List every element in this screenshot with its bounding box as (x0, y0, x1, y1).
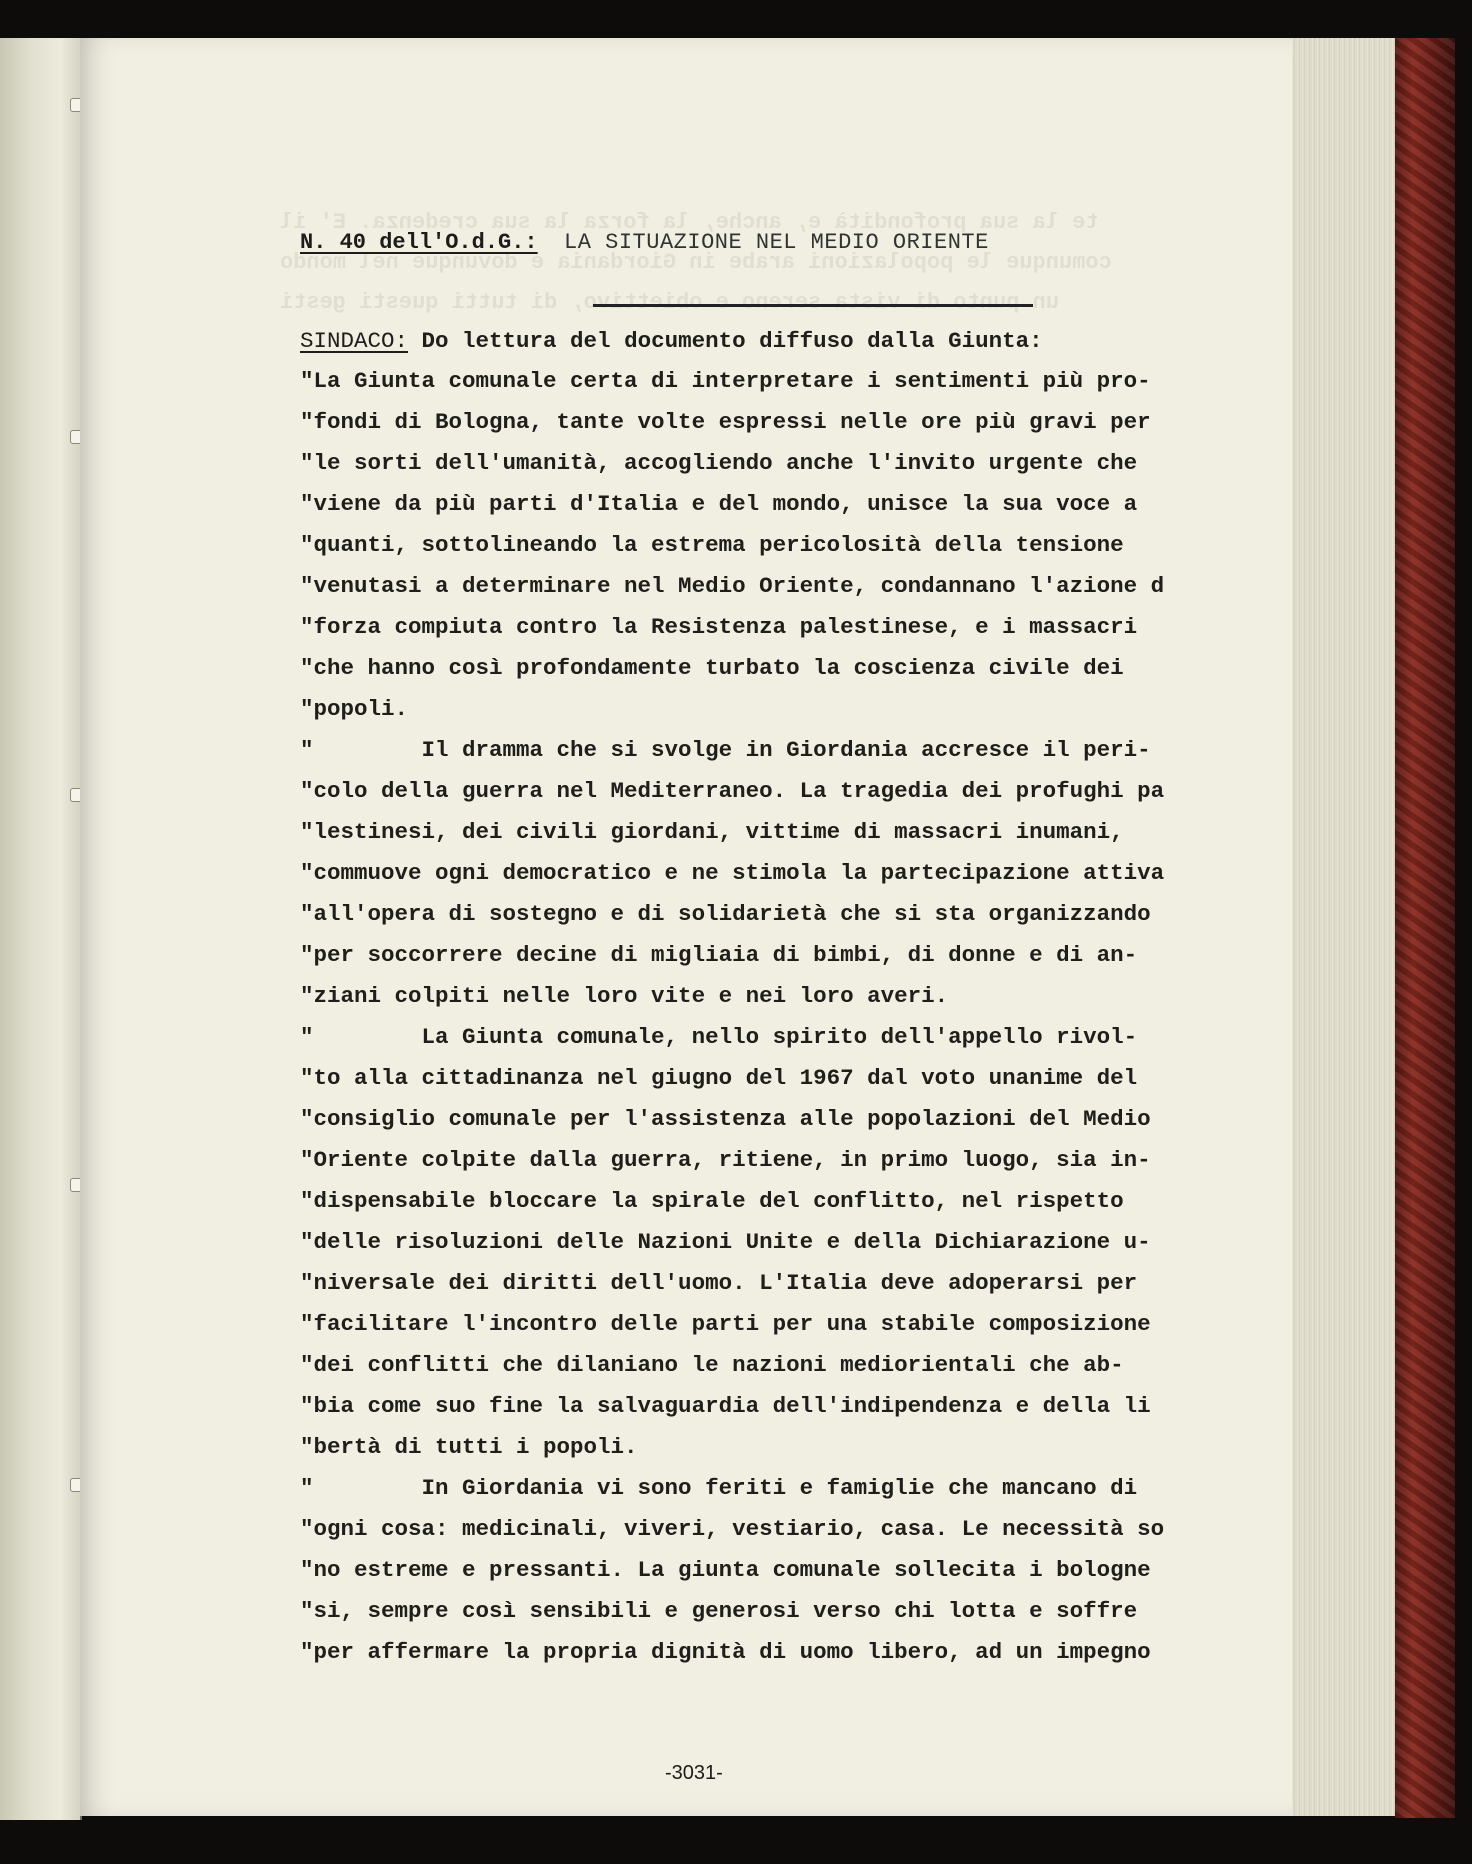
left-page-edge (0, 38, 82, 1820)
body-line: "no estreme e pressanti. La giunta comun… (300, 1557, 1151, 1583)
body-line: "facilitare l'incontro delle parti per u… (300, 1311, 1151, 1337)
show-through-text: un punto di vista sereno e obiettivo, di… (280, 290, 1059, 315)
agenda-reference: N. 40 dell'O.d.G.: (300, 230, 538, 255)
body-line: "bia come suo fine la salvaguardia dell'… (300, 1393, 1151, 1419)
page-block-edge (1290, 38, 1411, 1816)
body-line: "bertà di tutti i popoli. (300, 1434, 638, 1460)
body-line: "si, sempre così sensibili e generosi ve… (300, 1598, 1137, 1624)
body-line: "to alla cittadinanza nel giugno del 196… (300, 1065, 1137, 1091)
body-line: "popoli. (300, 696, 408, 722)
body-line: "le sorti dell'umanità, accogliendo anch… (300, 450, 1137, 476)
agenda-topic: LA SITUAZIONE NEL MEDIO ORIENTE (564, 230, 989, 255)
body-line: "consiglio comunale per l'assistenza all… (300, 1106, 1151, 1132)
body-line: "dispensabile bloccare la spirale del co… (300, 1188, 1124, 1214)
body-line: "quanti, sottolineando la estrema perico… (300, 532, 1124, 558)
page-number: -3031- (665, 1762, 723, 1785)
body-line: "che hanno così profondamente turbato la… (300, 655, 1124, 681)
body-line: "colo della guerra nel Mediterraneo. La … (300, 778, 1164, 804)
body-line: "ogni cosa: medicinali, viveri, vestiari… (300, 1516, 1164, 1542)
body-line: "per soccorrere decine di migliaia di bi… (300, 942, 1137, 968)
speaker-label: SINDACO: (300, 328, 408, 354)
scanned-book-spread: te la sua profondità e, anche, la forza … (0, 0, 1472, 1864)
book-cover-marbled (1395, 38, 1455, 1818)
heading-rule (593, 304, 1033, 307)
body-line: "ziani colpiti nelle loro vite e nei lor… (300, 983, 948, 1009)
body-line: SINDACO: Do lettura del documento diffus… (300, 328, 1043, 354)
body-line: "all'opera di sostegno e di solidarietà … (300, 901, 1151, 927)
body-line: " In Giordania vi sono feriti e famiglie… (300, 1475, 1137, 1501)
body-line: "dei conflitti che dilaniano le nazioni … (300, 1352, 1124, 1378)
body-line: "per affermare la propria dignità di uom… (300, 1639, 1151, 1665)
body-line: " Il dramma che si svolge in Giordania a… (300, 737, 1151, 763)
agenda-heading: N. 40 dell'O.d.G.: LA SITUAZIONE NEL MED… (300, 230, 989, 255)
body-line: "venutasi a determinare nel Medio Orient… (300, 573, 1164, 599)
body-line: "lestinesi, dei civili giordani, vittime… (300, 819, 1124, 845)
body-line: "commuove ogni democratico e ne stimola … (300, 860, 1164, 886)
body-line: "La Giunta comunale certa di interpretar… (300, 368, 1151, 394)
body-line: "fondi di Bologna, tante volte espressi … (300, 409, 1151, 435)
body-line: "Oriente colpite dalla guerra, ritiene, … (300, 1147, 1151, 1173)
body-line: "niversale dei diritti dell'uomo. L'Ital… (300, 1270, 1137, 1296)
body-text: Do lettura del documento diffuso dalla G… (408, 328, 1043, 354)
body-line: " La Giunta comunale, nello spirito dell… (300, 1024, 1137, 1050)
body-line: "forza compiuta contro la Resistenza pal… (300, 614, 1137, 640)
body-line: "delle risoluzioni delle Nazioni Unite e… (300, 1229, 1151, 1255)
body-line: "viene da più parti d'Italia e del mondo… (300, 491, 1137, 517)
